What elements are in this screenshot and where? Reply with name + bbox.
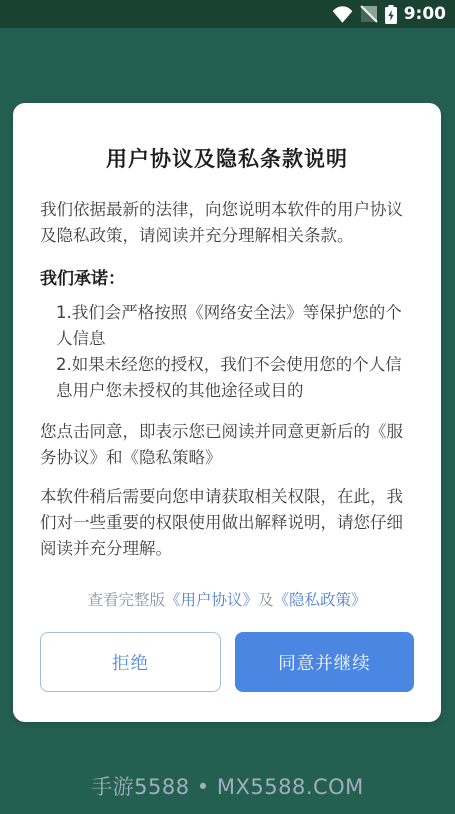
status-time: 9:00 — [404, 0, 446, 28]
wifi-icon — [332, 6, 353, 23]
promise-item: 2.如果未经您的授权，我们不会使用您的个人信息用户您未授权的其他途径或目的 — [56, 352, 414, 404]
agree-note: 您点击同意，即表示您已阅读并同意更新后的《服务协议》和《隐私策略》 — [40, 419, 414, 471]
agree-continue-button[interactable]: 同意并继续 — [235, 632, 414, 692]
links-connector: 及 — [258, 591, 274, 609]
dialog-buttons: 拒绝 同意并继续 — [40, 632, 414, 692]
intro-paragraph: 我们依据最新的法律，向您说明本软件的用户协议及隐私政策，请阅读并充分理解相关条款… — [40, 197, 414, 249]
policy-links: 查看完整版《用户协议》及《隐私政策》 — [40, 590, 414, 611]
privacy-policy-link[interactable]: 《隐私政策》 — [274, 591, 367, 609]
dialog-title: 用户协议及隐私条款说明 — [40, 143, 414, 173]
permission-note: 本软件稍后需要向您申请获取相关权限，在此，我们对一些重要的权限使用做出解释说明，… — [40, 484, 414, 562]
user-agreement-link[interactable]: 《用户协议》 — [165, 591, 258, 609]
promise-heading: 我们承诺： — [40, 264, 414, 289]
privacy-dialog: 用户协议及隐私条款说明 我们依据最新的法律，向您说明本软件的用户协议及隐私政策，… — [13, 103, 441, 722]
promise-item: 1.我们会严格按照《网络安全法》等保护您的个人信息 — [56, 300, 414, 352]
no-sim-icon — [360, 5, 378, 23]
reject-button[interactable]: 拒绝 — [40, 632, 221, 692]
android-screen: 9:00 用户协议及隐私条款说明 我们依据最新的法律，向您说明本软件的用户协议及… — [0, 0, 455, 814]
battery-charging-icon — [385, 5, 397, 24]
footer-watermark: 手游5588 • MX5588.COM — [0, 771, 455, 801]
links-prefix: 查看完整版 — [87, 591, 165, 609]
promise-list: 1.我们会严格按照《网络安全法》等保护您的个人信息 2.如果未经您的授权，我们不… — [40, 300, 414, 404]
status-bar: 9:00 — [0, 0, 455, 28]
